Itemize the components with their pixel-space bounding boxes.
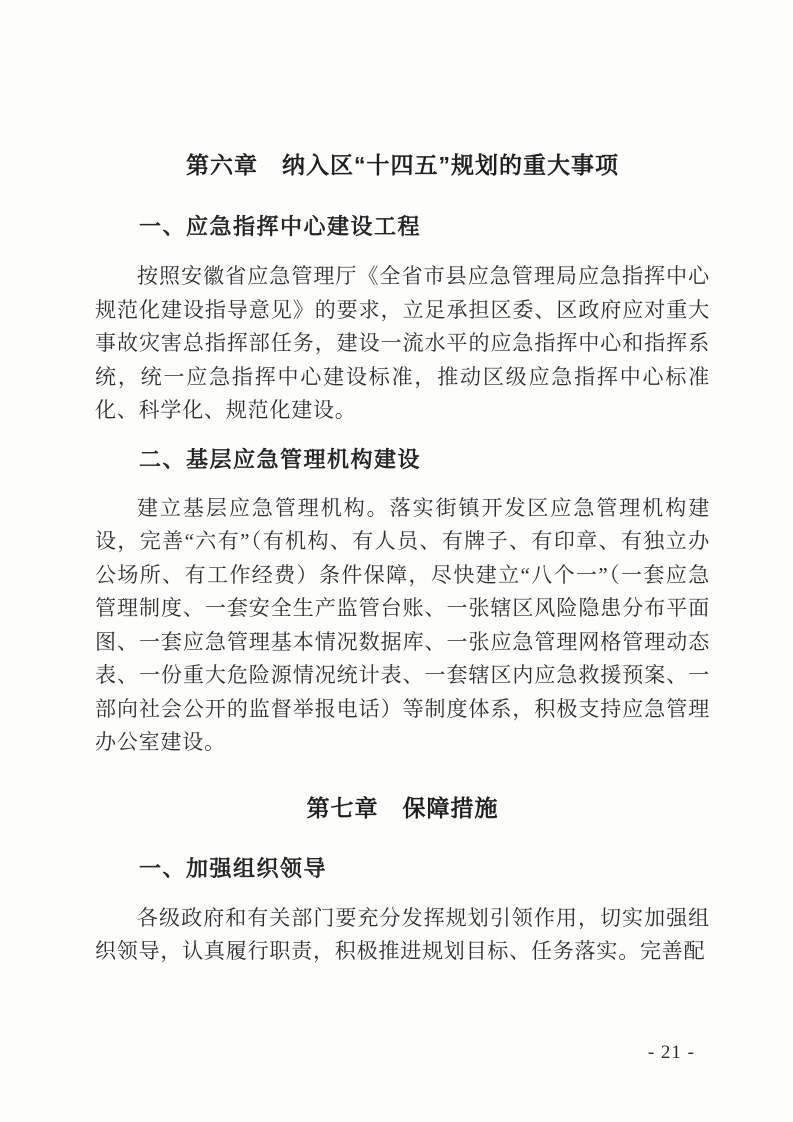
document-page: 第六章 纳入区“十四五”规划的重大事项 一、应急指挥中心建设工程 按照安徽省应急… (0, 0, 793, 1122)
paragraph-grassroots-agency: 建立基层应急管理机构。落实街镇开发区应急管理机构建设，完善“六有”（有机构、有人… (95, 492, 710, 760)
paragraph-emergency-command-center: 按照安徽省应急管理厅《全省市县应急管理局应急指挥中心规范化建设指导意见》的要求，… (95, 260, 710, 428)
page-number: - 21 - (648, 1042, 695, 1064)
paragraph-strengthen-leadership: 各级政府和有关部门要充分发挥规划引领作用，切实加强组织领导，认真履行职责，积极推… (95, 902, 710, 969)
section-heading-grassroots-agency: 二、基层应急管理机构建设 (95, 446, 710, 474)
chapter-6-title: 第六章 纳入区“十四五”规划的重大事项 (95, 150, 710, 180)
section-heading-emergency-command-center: 一、应急指挥中心建设工程 (95, 213, 710, 241)
chapter-7-title: 第七章 保障措施 (95, 793, 710, 823)
section-heading-strengthen-leadership: 一、加强组织领导 (95, 855, 710, 883)
page-content: 第六章 纳入区“十四五”规划的重大事项 一、应急指挥中心建设工程 按照安徽省应急… (95, 0, 710, 969)
